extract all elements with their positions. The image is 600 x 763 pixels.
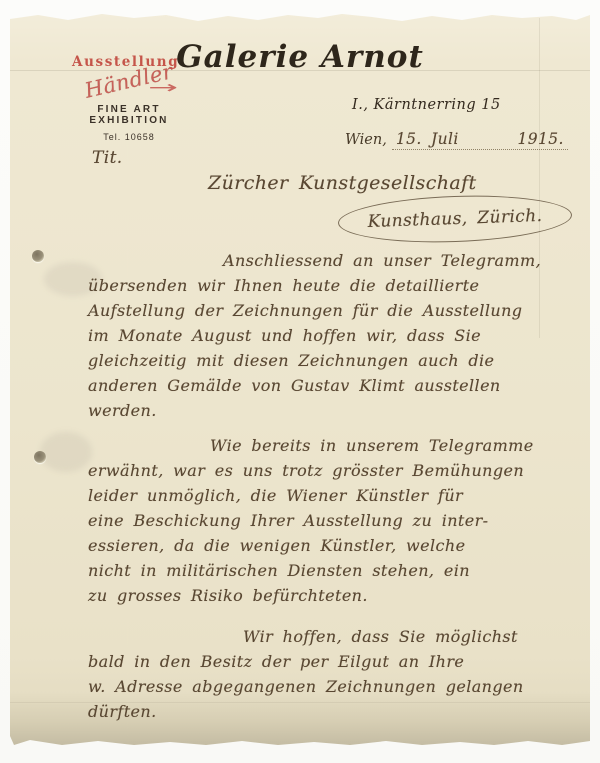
handwriting-line: Aufstellung der Zeichnungen für die Auss… — [88, 298, 558, 323]
handwriting-line: erwähnt, war es uns trotz grösster Bemüh… — [88, 458, 558, 483]
punch-hole-lower — [34, 451, 46, 463]
handwriting-line: werden. — [88, 398, 558, 423]
handwriting-line: im Monate August und hoffen wir, dass Si… — [88, 323, 558, 348]
date-day-month: 15. Juli — [396, 130, 459, 148]
handwriting-line: bald in den Besitz der per Eilgut an Ihr… — [88, 649, 558, 674]
date-year: 1915. — [517, 130, 563, 148]
handwriting-line: essieren, da die wenigen Künstler, welch… — [88, 533, 558, 558]
handwriting-line: dürften. — [88, 699, 558, 724]
letterhead-phone: Tel. 10658 — [56, 132, 202, 142]
body-paragraph-3: Wir hoffen, dass Sie möglichst bald in d… — [88, 624, 558, 724]
handwriting-line: Wie bereits in unserem Telegramme — [88, 433, 558, 458]
scan-background: Ausstellung Händler → Galerie Arnot FINE… — [0, 0, 600, 763]
date-city: Wien, — [345, 132, 387, 148]
recipient-circle-annotation: Kunsthaus, Zürich. — [337, 192, 572, 246]
handwriting-line: übersenden wir Ihnen heute die detaillie… — [88, 273, 558, 298]
letterhead-tagline: FINE ART EXHIBITION — [56, 104, 202, 126]
handwriting-line: Anschliessend an unser Telegramm, — [88, 248, 558, 273]
date-line: Wien, 15. Juli 1915. — [345, 130, 568, 150]
letterhead-tagline-block: FINE ART EXHIBITION Tel. 10658 — [56, 104, 202, 142]
handwriting-line: zu grosses Risiko befürchteten. — [88, 583, 558, 608]
ink-smudge — [40, 432, 92, 472]
handwriting-line: eine Beschickung Ihrer Ausstellung zu in… — [88, 508, 558, 533]
salutation: Tit. — [92, 148, 123, 168]
letter-body: Anschliessend an unser Telegramm, überse… — [88, 248, 558, 724]
body-paragraph-1: Anschliessend an unser Telegramm, überse… — [88, 248, 558, 423]
handwriting-line: leider unmöglich, die Wiener Künstler fü… — [88, 483, 558, 508]
date-dotted-leader: 15. Juli 1915. — [392, 130, 568, 150]
handwriting-line: Wir hoffen, dass Sie möglichst — [88, 624, 558, 649]
handwriting-line: nicht in militärischen Diensten stehen, … — [88, 558, 558, 583]
recipient-location: Kunsthaus, Zürich. — [367, 206, 542, 232]
punch-hole-upper — [32, 250, 44, 262]
stamp-arrow-icon: → — [148, 78, 178, 98]
handwriting-line: w. Adresse abgegangenen Zeichnungen gela… — [88, 674, 558, 699]
handwriting-line: gleichzeitig mit diesen Zeichnungen auch… — [88, 348, 558, 373]
letterhead-address: I., Kärntnerring 15 — [352, 97, 501, 113]
handwriting-line: anderen Gemälde von Gustav Klimt ausstel… — [88, 373, 558, 398]
recipient-organization: Zürcher Kunstgesellschaft — [208, 172, 477, 194]
body-paragraph-2: Wie bereits in unserem Telegramme erwähn… — [88, 433, 558, 608]
letter-paper: Ausstellung Händler → Galerie Arnot FINE… — [10, 12, 590, 745]
gallery-wordmark: Galerie Arnot — [10, 39, 590, 75]
